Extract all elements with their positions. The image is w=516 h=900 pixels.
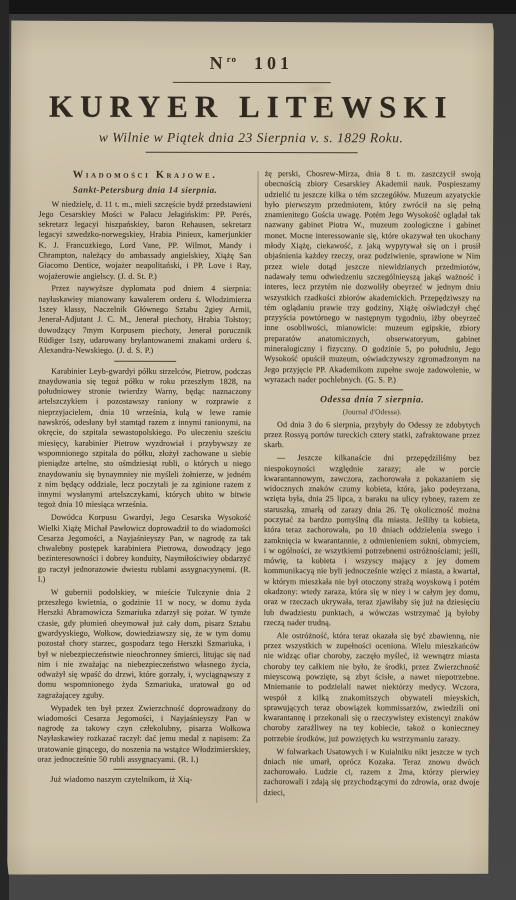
right-column: żę perski, Chosrew-Mirza, dnia 8 t. m. z…	[263, 169, 480, 801]
article-paragraph: Wypadek ten był przez Zwierzchność dopro…	[37, 703, 250, 765]
scan-top-band	[0, 0, 516, 14]
masthead-dateline: w Wilnie w Piątek dnia 23 Sierpnia v. s.…	[9, 129, 494, 146]
issue-no: 101	[254, 53, 293, 73]
article-paragraph: W gubernii podolskiey, w mieście Tulczyn…	[37, 587, 250, 701]
article-paragraph: Już wiadomo naszym czytelnikom, iż Xią-	[37, 775, 250, 786]
article-paragraph-continuation: żę perski, Chosrew-Mirza, dnia 8 t. m. z…	[264, 169, 480, 386]
masthead: Nro 101 KURYER LITEWSKI w Wilnie w Piąte…	[9, 20, 494, 153]
separator-rule	[114, 360, 176, 361]
issue-prefix: N	[210, 53, 227, 73]
column-divider	[256, 171, 258, 803]
article-paragraph: Karabinier Leyb-gwardyi półku strzelców,…	[38, 366, 251, 511]
article-paragraph: Ale ostróżność, która teraz okazała się …	[263, 631, 479, 745]
masthead-rule-top	[172, 82, 330, 83]
article-paragraph: W niedzielę, d. 11 t. m., mieli szczęści…	[38, 199, 251, 282]
article-paragraph: Przez naywyższe dyplomata pod dniem 4 si…	[38, 284, 251, 357]
issue-number: Nro 101	[9, 52, 494, 74]
masthead-rule-bottom	[145, 152, 357, 153]
article-paragraph: — Jeszcze kilkanaście dni przepędziliśmy…	[264, 453, 480, 628]
article-paragraph: W folwarkach Usatowych i w Kuialniku nik…	[263, 747, 479, 799]
article-paragraph: Dowódca Korpusu Gwardyi, Jego Cesarska W…	[38, 513, 251, 586]
article-paragraph: Od dnia 3 do 6 sierpnia, przybyły do Ode…	[264, 420, 480, 451]
scan-background: Nro 101 KURYER LITEWSKI w Wilnie w Piąte…	[0, 0, 516, 900]
odessa-source: (Journal d'Odessa).	[264, 407, 480, 418]
article-columns: Wiadomości Krajowe. Sankt-Petersburg dni…	[37, 169, 480, 804]
newspaper-page: Nro 101 KURYER LITEWSKI w Wilnie w Piąte…	[7, 20, 494, 875]
left-column: Wiadomości Krajowe. Sankt-Petersburg dni…	[37, 169, 251, 789]
odessa-heading: Odessa dnia 7 sierpnia.	[264, 395, 480, 406]
section-heading: Wiadomości Krajowe.	[39, 171, 252, 182]
newspaper-title: KURYER LITEWSKI	[9, 88, 494, 125]
petersburg-dateline: Sankt-Petersburg dnia 14 sierpnia.	[39, 185, 252, 196]
issue-superscript: ro	[227, 54, 237, 64]
separator-rule	[341, 389, 403, 390]
separator-rule	[113, 769, 175, 770]
